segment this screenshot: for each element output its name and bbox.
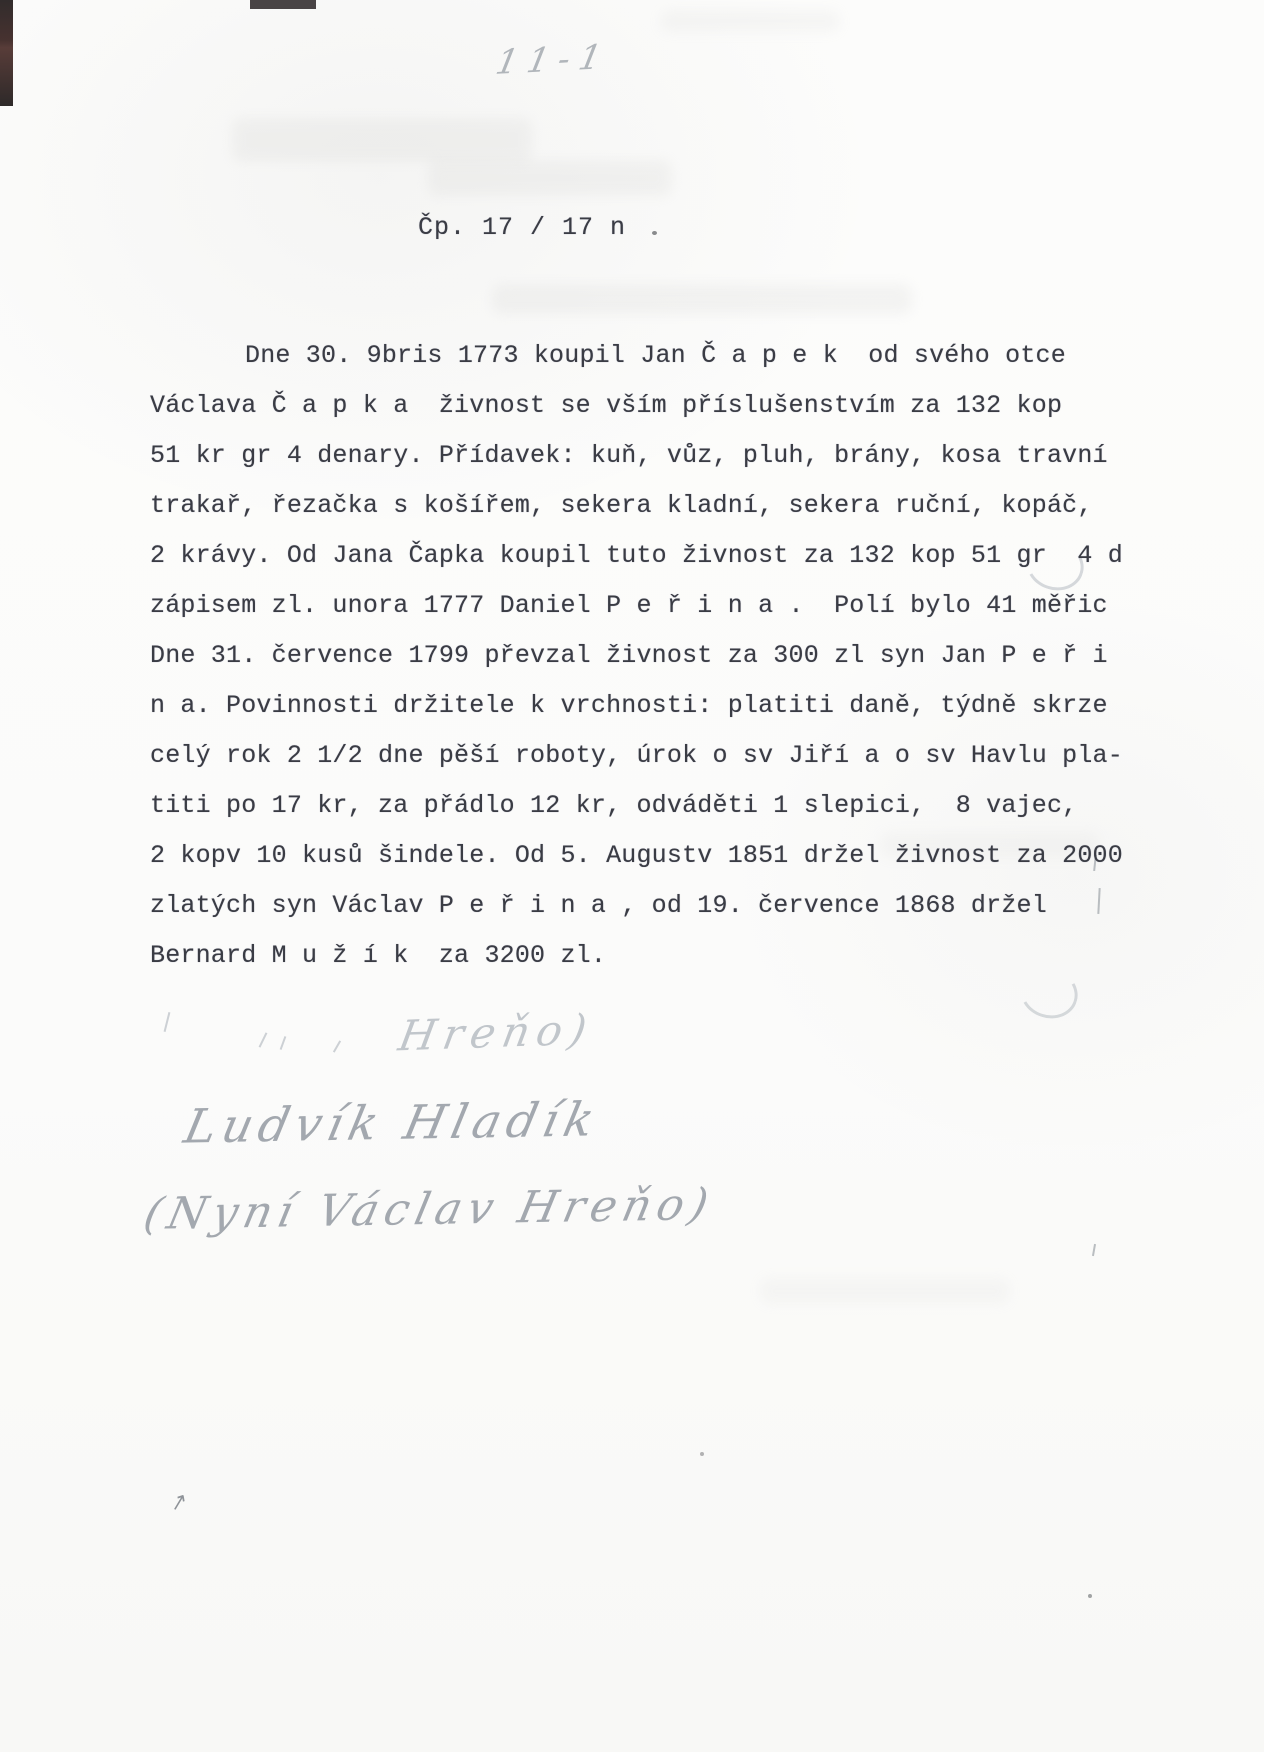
typewritten-line: trakař, řezačka s košířem, sekera kladní…: [150, 481, 1150, 531]
typewritten-line: celý rok 2 1/2 dne pěší roboty, úrok o s…: [150, 731, 1150, 781]
scan-speck: [1088, 1594, 1092, 1598]
typewritten-line: Dne 31. července 1799 převzal živnost za…: [150, 631, 1150, 681]
typewritten-line: Dne 30. 9bris 1773 koupil Jan Č a p e k …: [150, 331, 1150, 381]
scan-speck: [652, 231, 657, 235]
pencil-scribble: [164, 1012, 171, 1032]
typewritten-line: 2 kopv 10 kusů šindele. Od 5. Augustv 18…: [150, 831, 1150, 881]
pencil-arrow-mark: ↗: [168, 1487, 189, 1516]
page-number-pencil-mark: 11-1: [492, 37, 614, 83]
typewritten-paragraph: Dne 30. 9bris 1773 koupil Jan Č a p e k …: [150, 331, 1150, 981]
scanned-document-page: 11-1 Čp. 17 / 17 n Dne 30. 9bris 1773 ko…: [0, 0, 1264, 1752]
typewritten-line: n a. Povinnosti držitele k vrchnosti: pl…: [150, 681, 1150, 731]
scan-edge-artifact-left: [0, 0, 13, 106]
handwritten-signature-name: Ludvík Hladík: [179, 1092, 605, 1154]
scan-speck: [700, 1452, 704, 1456]
pencil-scribble: [333, 1040, 341, 1052]
typewritten-line: Václava Č a p k a živnost se vším příslu…: [150, 381, 1150, 431]
handwritten-signature-note: (Nyní Václav Hreňo): [139, 1179, 718, 1240]
ghost-text-smudge: [660, 10, 840, 32]
typewritten-line: titi po 17 kr, za přádlo 12 kr, odváděti…: [150, 781, 1150, 831]
ghost-text-smudge: [428, 160, 672, 196]
typewritten-line: Bernard M u ž í k za 3200 zl.: [150, 931, 1150, 981]
typewritten-line: 2 krávy. Od Jana Čapka koupil tuto živno…: [150, 531, 1150, 581]
pencil-scribble: [280, 1036, 287, 1050]
scan-edge-artifact-top: [250, 0, 316, 9]
typewritten-line: 51 kr gr 4 denary. Přídavek: kuň, vůz, p…: [150, 431, 1150, 481]
ghost-text-smudge: [232, 118, 532, 162]
ghost-text-smudge: [760, 1278, 1010, 1304]
scan-speck: [1092, 1244, 1096, 1256]
typewritten-line: zápisem zl. unora 1777 Daniel P e ř i n …: [150, 581, 1150, 631]
document-title: Čp. 17 / 17 n: [418, 213, 626, 242]
ghost-text-smudge: [492, 284, 912, 314]
typewritten-line: zlatých syn Václav P e ř i n a , od 19. …: [150, 881, 1150, 931]
handwritten-faint-note: Hreňo): [395, 1005, 597, 1061]
pencil-scribble: [259, 1032, 268, 1047]
